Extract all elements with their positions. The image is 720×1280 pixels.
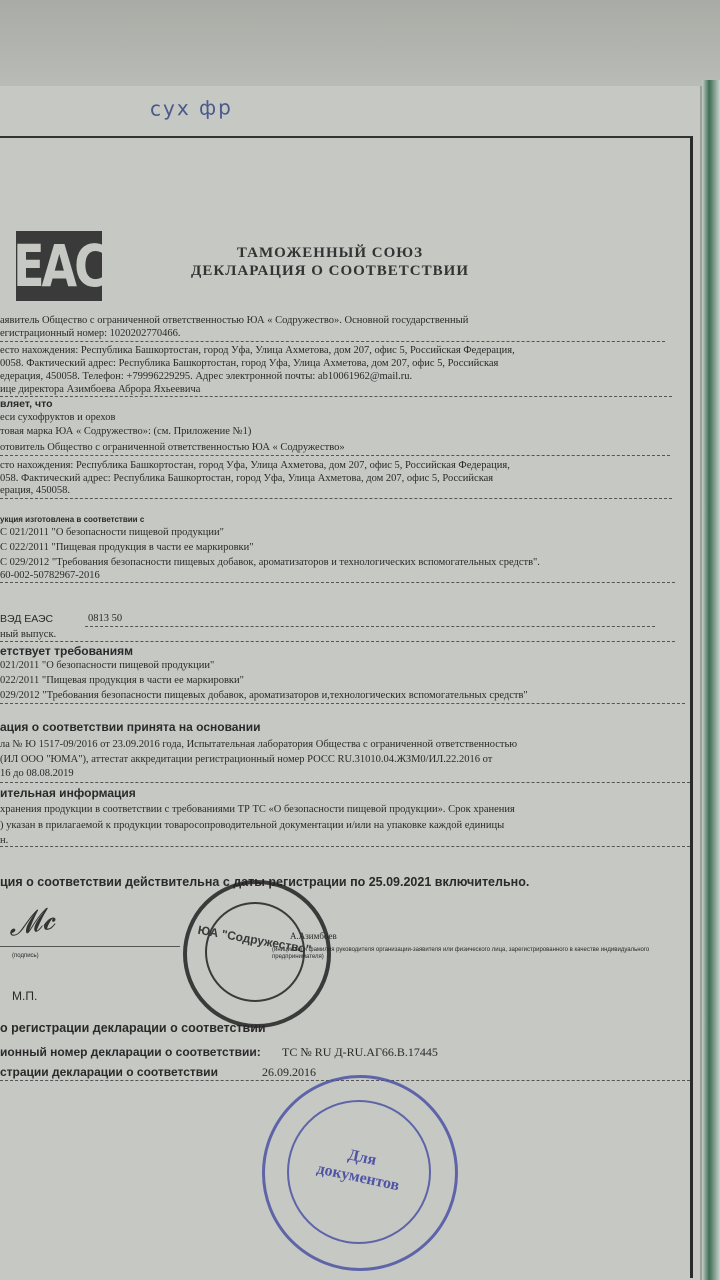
applicant-line: 0058. Фактический адрес: Республика Башк… [0, 357, 498, 370]
tn-ved-label: ВЭД ЕАЭС [0, 613, 53, 626]
declares-line: еси сухофруктов и орехов [0, 411, 115, 424]
divider [0, 498, 672, 499]
declares-line: отовитель Общество с ограниченной ответс… [0, 441, 345, 454]
divider [85, 626, 655, 627]
declares-line: товая марка ЮА « Содружество»: (см. Прил… [0, 425, 251, 438]
additional-line: хранения продукции в соответствии с треб… [0, 803, 515, 816]
manufactured-heading: укция изготовлена в соответствии с [0, 513, 144, 526]
declares-line: 058. Фактический адрес: Республика Башко… [0, 472, 493, 485]
divider [0, 396, 672, 397]
signatory-caption: (инициалы и фамилия руководителя организ… [272, 947, 692, 961]
folder-edge [702, 80, 720, 1280]
release-type: ный выпуск. [0, 628, 56, 641]
additional-line: ) указан в прилагаемой к продукции товар… [0, 819, 504, 832]
basis-line: ла № Ю 1517-09/2016 от 23.09.2016 года, … [0, 738, 517, 751]
documents-stamp: Для документов [262, 1075, 458, 1271]
applicant-line: есто нахождения: Республика Башкортостан… [0, 344, 515, 357]
declares-line: сто нахождения: Республика Башкортостан,… [0, 459, 510, 472]
declares-line: ерация, 450058. [0, 484, 70, 497]
mp-label: М.П. [12, 990, 37, 1003]
registration-date-label: страции декларации о соответствии [0, 1066, 218, 1079]
complies-line: 022/2011 "Пищевая продукция в части ее м… [0, 674, 244, 687]
basis-line: (ИЛ ООО "ЮМА"), аттестат аккредитации ре… [0, 753, 492, 766]
basis-line: 16 до 08.08.2019 [0, 767, 74, 780]
standard-line: С 022/2011 "Пищевая продукция в части ее… [0, 541, 254, 554]
standard-line: 60-002-50782967-2016 [0, 569, 100, 582]
basis-heading: ация о соответствии принята на основании [0, 721, 260, 734]
divider [0, 455, 670, 456]
title-line-1: ТАМОЖЕННЫЙ СОЮЗ [160, 244, 500, 262]
complies-line: 029/2012 "Требования безопасности пищевы… [0, 689, 528, 702]
declares-heading: вляет, что [0, 398, 53, 411]
divider [0, 641, 675, 642]
divider [0, 582, 675, 583]
registration-heading: о регистрации декларации о соответствии [0, 1022, 266, 1035]
complies-heading: етствует требованиям [0, 645, 133, 658]
applicant-line: едерация, 450058. Телефон: +79996229295.… [0, 370, 412, 383]
signature-caption: (подпись) [12, 950, 39, 963]
signature-line [0, 946, 180, 947]
background-top [0, 0, 720, 86]
handwritten-note: сух фр [150, 95, 233, 120]
registration-date: 26.09.2016 [262, 1066, 316, 1079]
complies-line: 021/2011 "О безопасности пищевой продукц… [0, 659, 214, 672]
applicant-line: егистрационный номер: 1020202770466. [0, 327, 181, 340]
title-line-2: ДЕКЛАРАЦИЯ О СООТВЕТСТВИИ [160, 262, 500, 280]
document-title: ТАМОЖЕННЫЙ СОЮЗ ДЕКЛАРАЦИЯ О СООТВЕТСТВИ… [160, 244, 500, 280]
applicant-director: ице директора Азимбоева Аброра Яхьеевича [0, 383, 200, 396]
tn-ved-code: 0813 50 [88, 612, 122, 625]
divider [0, 782, 690, 783]
company-seal-stamp: ЮА "Содружество" [183, 880, 331, 1028]
standard-line: С 029/2012 "Требования безопасности пище… [0, 556, 540, 569]
divider [0, 703, 685, 704]
eac-logo-icon: EAC [16, 231, 102, 301]
applicant-line: аявитель Общество с ограниченной ответст… [0, 314, 468, 327]
divider [0, 846, 690, 847]
registration-number-label: ионный номер декларации о соответствии: [0, 1046, 261, 1059]
divider [0, 341, 665, 342]
additional-heading: ительная информация [0, 787, 136, 800]
registration-number: ТС № RU Д-RU.АГ66.В.17445 [282, 1046, 438, 1059]
standard-line: С 021/2011 "О безопасности пищевой проду… [0, 526, 224, 539]
